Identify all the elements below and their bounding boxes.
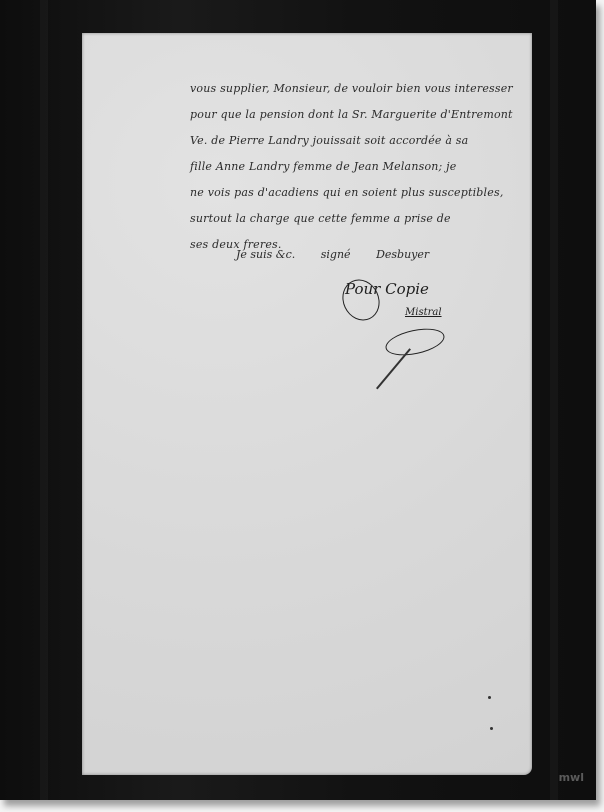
letter-line: Ve. de Pierre Landry jouissait soit acco… xyxy=(190,128,550,154)
paper-spot xyxy=(490,727,493,730)
letter-line: fille Anne Landry femme de Jean Melanson… xyxy=(190,154,550,180)
paper-spot xyxy=(488,696,491,699)
scan-artifact xyxy=(40,0,48,800)
watermark: mwl xyxy=(559,771,584,784)
letter-line: pour que la pension dont la Sr. Margueri… xyxy=(190,102,550,128)
letter-line: ne vois pas d'acadiens qui en soient plu… xyxy=(190,180,550,206)
closing-formula: Je suis &c. xyxy=(236,248,295,261)
signer-name: Desbuyer xyxy=(376,248,429,261)
letter-closing: Je suis &c. signé Desbuyer xyxy=(236,248,451,261)
scan-frame: vous supplier, Monsieur, de vouloir bien… xyxy=(0,0,596,800)
copy-note: Pour Copie xyxy=(345,280,429,298)
copy-signature: Mistral xyxy=(405,307,442,318)
scan-artifact xyxy=(550,0,558,800)
letter-line: surtout la charge que cette femme a pris… xyxy=(190,206,550,232)
signed-label: signé xyxy=(321,248,351,261)
letter-line: vous supplier, Monsieur, de vouloir bien… xyxy=(190,76,550,102)
letter-body: vous supplier, Monsieur, de vouloir bien… xyxy=(190,76,550,258)
